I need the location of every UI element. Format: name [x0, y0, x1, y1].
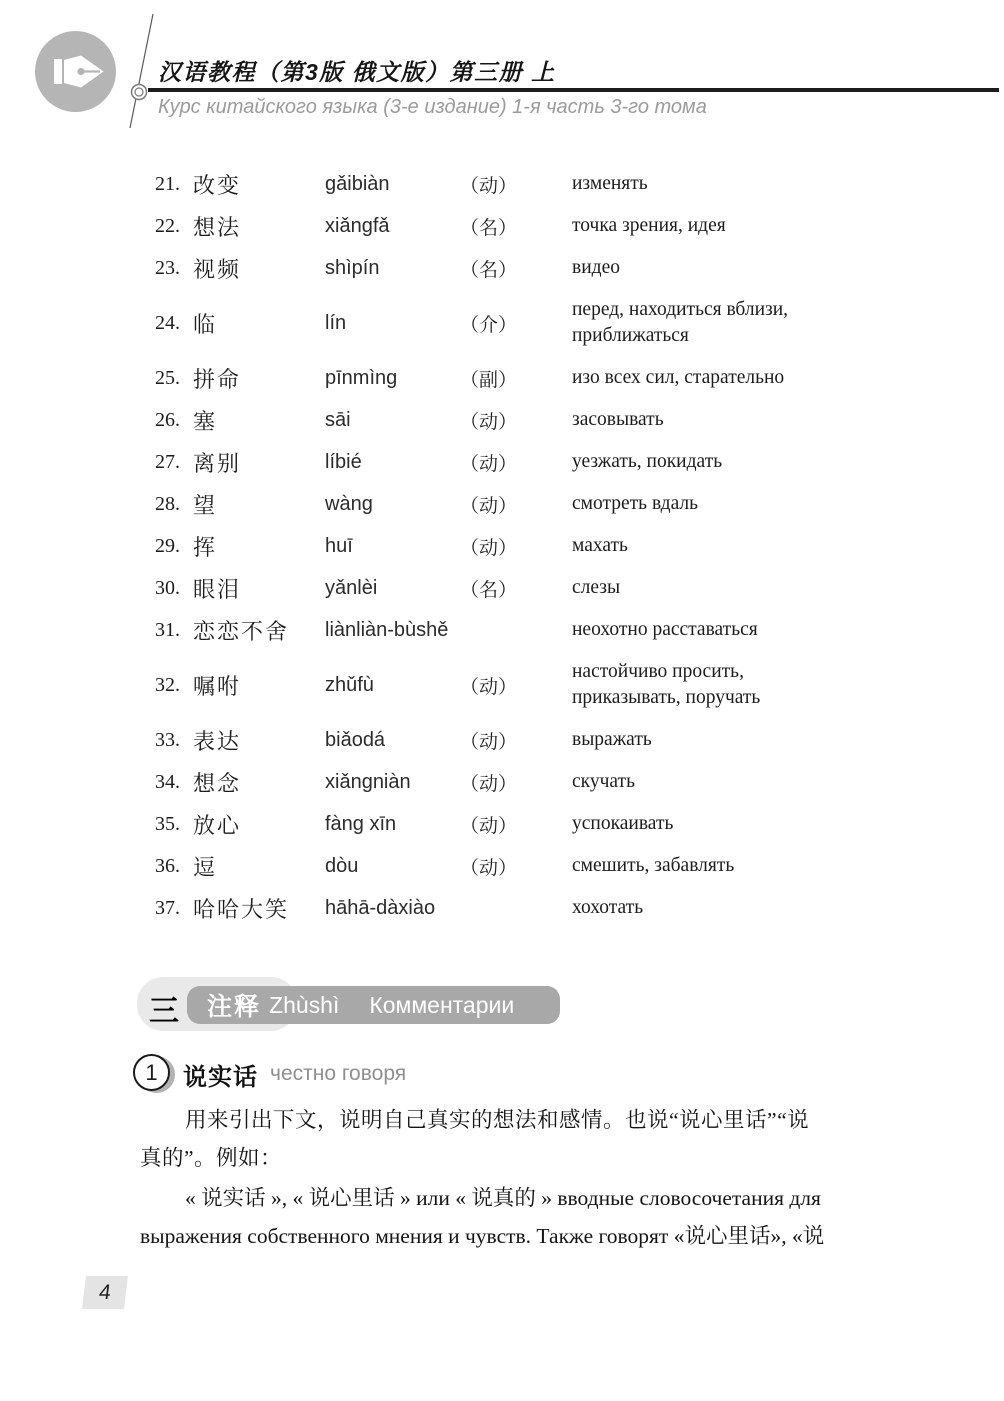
- vocab-pinyin: pīnmìng: [325, 367, 460, 390]
- vocab-pinyin: yǎnlèi: [325, 577, 460, 600]
- vocab-word-chinese: 逗: [193, 851, 325, 882]
- vocab-row: 31.恋恋不舍liànliàn-bùshěнеохотно расставать…: [155, 609, 870, 651]
- vocab-row: 25.拼命pīnmìng（副）изо всех сил, старательно: [155, 357, 870, 399]
- section-header: 三 注释 Zhùshì Комментарии: [137, 977, 567, 1031]
- vocab-number: 32.: [155, 674, 193, 697]
- vocab-part-of-speech: （动）: [460, 533, 572, 560]
- vocab-part-of-speech: （动）: [460, 769, 572, 796]
- note-heading: 1 说实话 честно говоря: [133, 1054, 406, 1094]
- vocab-part-of-speech: （动）: [460, 727, 572, 754]
- vocab-pinyin: wàng: [325, 493, 460, 516]
- section-title-russian: Комментарии: [369, 992, 514, 1019]
- vocab-row: 30.眼泪yǎnlèi（名）слезы: [155, 567, 870, 609]
- vocab-pinyin: gǎibiàn: [325, 173, 460, 196]
- vocab-part-of-speech: （名）: [460, 255, 572, 282]
- vocab-row: 29.挥huī（动）махать: [155, 525, 870, 567]
- vocab-translation: засовывать: [572, 407, 870, 433]
- vocab-word-chinese: 想念: [193, 767, 325, 798]
- vocab-row: 35.放心fàng xīn（动）успокаивать: [155, 803, 870, 845]
- vocab-part-of-speech: （动）: [460, 672, 572, 699]
- vocab-row: 33.表达biǎodá（动）выражать: [155, 719, 870, 761]
- vocab-number: 36.: [155, 855, 193, 878]
- vocab-number: 37.: [155, 897, 193, 920]
- vocab-word-chinese: 望: [193, 489, 325, 520]
- vocab-pinyin: huī: [325, 535, 460, 558]
- vocab-translation: выражать: [572, 727, 870, 753]
- vocab-pinyin: líbié: [325, 451, 460, 474]
- vocab-number: 29.: [155, 535, 193, 558]
- vocab-pinyin: lín: [325, 312, 460, 335]
- vocab-part-of-speech: （名）: [460, 575, 572, 602]
- paragraph-line: 用来引出下文，说明自己真实的想法和感情。也说“说心里话”“说: [140, 1101, 872, 1139]
- vocab-number: 28.: [155, 493, 193, 516]
- vocab-pinyin: zhǔfù: [325, 674, 460, 697]
- vocab-number: 30.: [155, 577, 193, 600]
- vocab-number: 35.: [155, 813, 193, 836]
- vocab-number: 34.: [155, 771, 193, 794]
- paragraph-line: выражения собственного мнения и чувств. …: [140, 1217, 872, 1255]
- vocab-part-of-speech: （副）: [460, 365, 572, 392]
- vocab-row: 34.想念xiǎngniàn（动）скучать: [155, 761, 870, 803]
- vocab-row: 22.想法xiǎngfǎ（名）точка зрения, идея: [155, 205, 870, 247]
- vocab-translation: перед, находиться вблизи, приближаться: [572, 297, 870, 349]
- vocab-part-of-speech: （介）: [460, 310, 572, 337]
- vocab-part-of-speech: （动）: [460, 853, 572, 880]
- vocab-translation: точка зрения, идея: [572, 213, 870, 239]
- vocab-row: 37.哈哈大笑hāhā-dàxiàoхохотать: [155, 887, 870, 929]
- vocab-word-chinese: 想法: [193, 211, 325, 242]
- section-marker: 三: [149, 986, 187, 1030]
- vocab-part-of-speech: （动）: [460, 449, 572, 476]
- vocab-part-of-speech: （动）: [460, 407, 572, 434]
- vocab-row: 21.改变gǎibiàn（动）изменять: [155, 163, 870, 205]
- vocab-number: 25.: [155, 367, 193, 390]
- vocab-pinyin: xiǎngfǎ: [325, 215, 460, 238]
- vocab-number: 26.: [155, 409, 193, 432]
- vocab-translation: слезы: [572, 575, 870, 601]
- vocab-word-chinese: 挥: [193, 531, 325, 562]
- vocab-number: 23.: [155, 257, 193, 280]
- vocab-number: 31.: [155, 619, 193, 642]
- header-rule: [148, 88, 999, 92]
- note-number: 1: [133, 1054, 170, 1091]
- paragraph-line: « 说实话 », « 说心里话 » или « 说真的 » вводные сл…: [140, 1179, 872, 1217]
- vocab-word-chinese: 临: [193, 308, 325, 339]
- textbook-page: 汉语教程（第3版 俄文版）第三册 上 Курс китайского языка…: [0, 0, 1004, 1401]
- vocab-part-of-speech: （动）: [460, 491, 572, 518]
- section-header-dark-capsule: 注释 Zhùshì Комментарии: [187, 986, 560, 1024]
- page-title-chinese: 汉语教程（第3版 俄文版）第三册 上: [158, 54, 556, 87]
- note-paragraph-chinese: 用来引出下文，说明自己真实的想法和感情。也说“说心里话”“说 真的”。例如：: [140, 1101, 872, 1177]
- vocab-translation: махать: [572, 533, 870, 559]
- vocab-number: 33.: [155, 729, 193, 752]
- vocab-word-chinese: 表达: [193, 725, 325, 756]
- section-title-pinyin: Zhùshì: [269, 992, 339, 1019]
- vocab-translation: успокаивать: [572, 811, 870, 837]
- page-number: 4: [82, 1276, 128, 1309]
- vocab-translation: изменять: [572, 171, 870, 197]
- vocab-row: 27.离别líbié（动）уезжать, покидать: [155, 441, 870, 483]
- vocab-number: 22.: [155, 215, 193, 238]
- vocab-translation: неохотно расставаться: [572, 617, 870, 643]
- vocab-word-chinese: 眼泪: [193, 573, 325, 604]
- vocab-translation: уезжать, покидать: [572, 449, 870, 475]
- vocab-translation: видео: [572, 255, 870, 281]
- vocab-pinyin: shìpín: [325, 257, 460, 280]
- vocab-list: 21.改变gǎibiàn（动）изменять 22.想法xiǎngfǎ（名）т…: [155, 163, 870, 929]
- vocab-number: 24.: [155, 312, 193, 335]
- vocab-translation: смешить, забавлять: [572, 853, 870, 879]
- vocab-word-chinese: 放心: [193, 809, 325, 840]
- vocab-pinyin: dòu: [325, 855, 460, 878]
- note-title-russian: честно говоря: [270, 1062, 406, 1086]
- note-title-chinese: 说实话: [183, 1057, 258, 1092]
- vocab-pinyin: sāi: [325, 409, 460, 432]
- vocab-number: 27.: [155, 451, 193, 474]
- vocab-translation: изо всех сил, старательно: [572, 365, 870, 391]
- vocab-number: 21.: [155, 173, 193, 196]
- vocab-part-of-speech: （动）: [460, 811, 572, 838]
- vocab-row: 24.临lín（介）перед, находиться вблизи, приб…: [155, 289, 870, 357]
- vocab-translation: настойчиво просить, приказывать, поручат…: [572, 659, 870, 711]
- vocab-pinyin: xiǎngniàn: [325, 771, 460, 794]
- vocab-row: 26.塞sāi（动）засовывать: [155, 399, 870, 441]
- vocab-word-chinese: 离别: [193, 447, 325, 478]
- vocab-word-chinese: 恋恋不舍: [193, 615, 325, 646]
- note-number-badge: 1: [133, 1054, 177, 1094]
- vocab-pinyin: fàng xīn: [325, 813, 460, 836]
- vocab-part-of-speech: （动）: [460, 171, 572, 198]
- note-paragraph-russian: « 说实话 », « 说心里话 » или « 说真的 » вводные сл…: [140, 1179, 872, 1255]
- vocab-word-chinese: 拼命: [193, 363, 325, 394]
- vocab-pinyin: hāhā-dàxiào: [325, 897, 460, 920]
- vocab-translation: хохотать: [572, 895, 870, 921]
- section-title-chinese: 注释: [207, 987, 261, 1023]
- vocab-translation: смотреть вдаль: [572, 491, 870, 517]
- vocab-pinyin: biǎodá: [325, 729, 460, 752]
- vocab-row: 23.视频shìpín（名）видео: [155, 247, 870, 289]
- vocab-word-chinese: 塞: [193, 405, 325, 436]
- page-title-russian: Курс китайского языка (3-е издание) 1-я …: [158, 96, 707, 119]
- vocab-row: 28.望wàng（动）смотреть вдаль: [155, 483, 870, 525]
- vocab-word-chinese: 哈哈大笑: [193, 893, 325, 924]
- vocab-part-of-speech: （名）: [460, 213, 572, 240]
- vocab-translation: скучать: [572, 769, 870, 795]
- vocab-word-chinese: 视频: [193, 253, 325, 284]
- vocab-word-chinese: 嘱咐: [193, 670, 325, 701]
- vocab-row: 36.逗dòu（动）смешить, забавлять: [155, 845, 870, 887]
- diagonal-line-decor: [130, 14, 153, 128]
- vocab-pinyin: liànliàn-bùshě: [325, 619, 460, 642]
- paragraph-line: 真的”。例如：: [140, 1139, 872, 1177]
- vocab-row: 32.嘱咐zhǔfù（动）настойчиво просить, приказы…: [155, 651, 870, 719]
- vocab-word-chinese: 改变: [193, 169, 325, 200]
